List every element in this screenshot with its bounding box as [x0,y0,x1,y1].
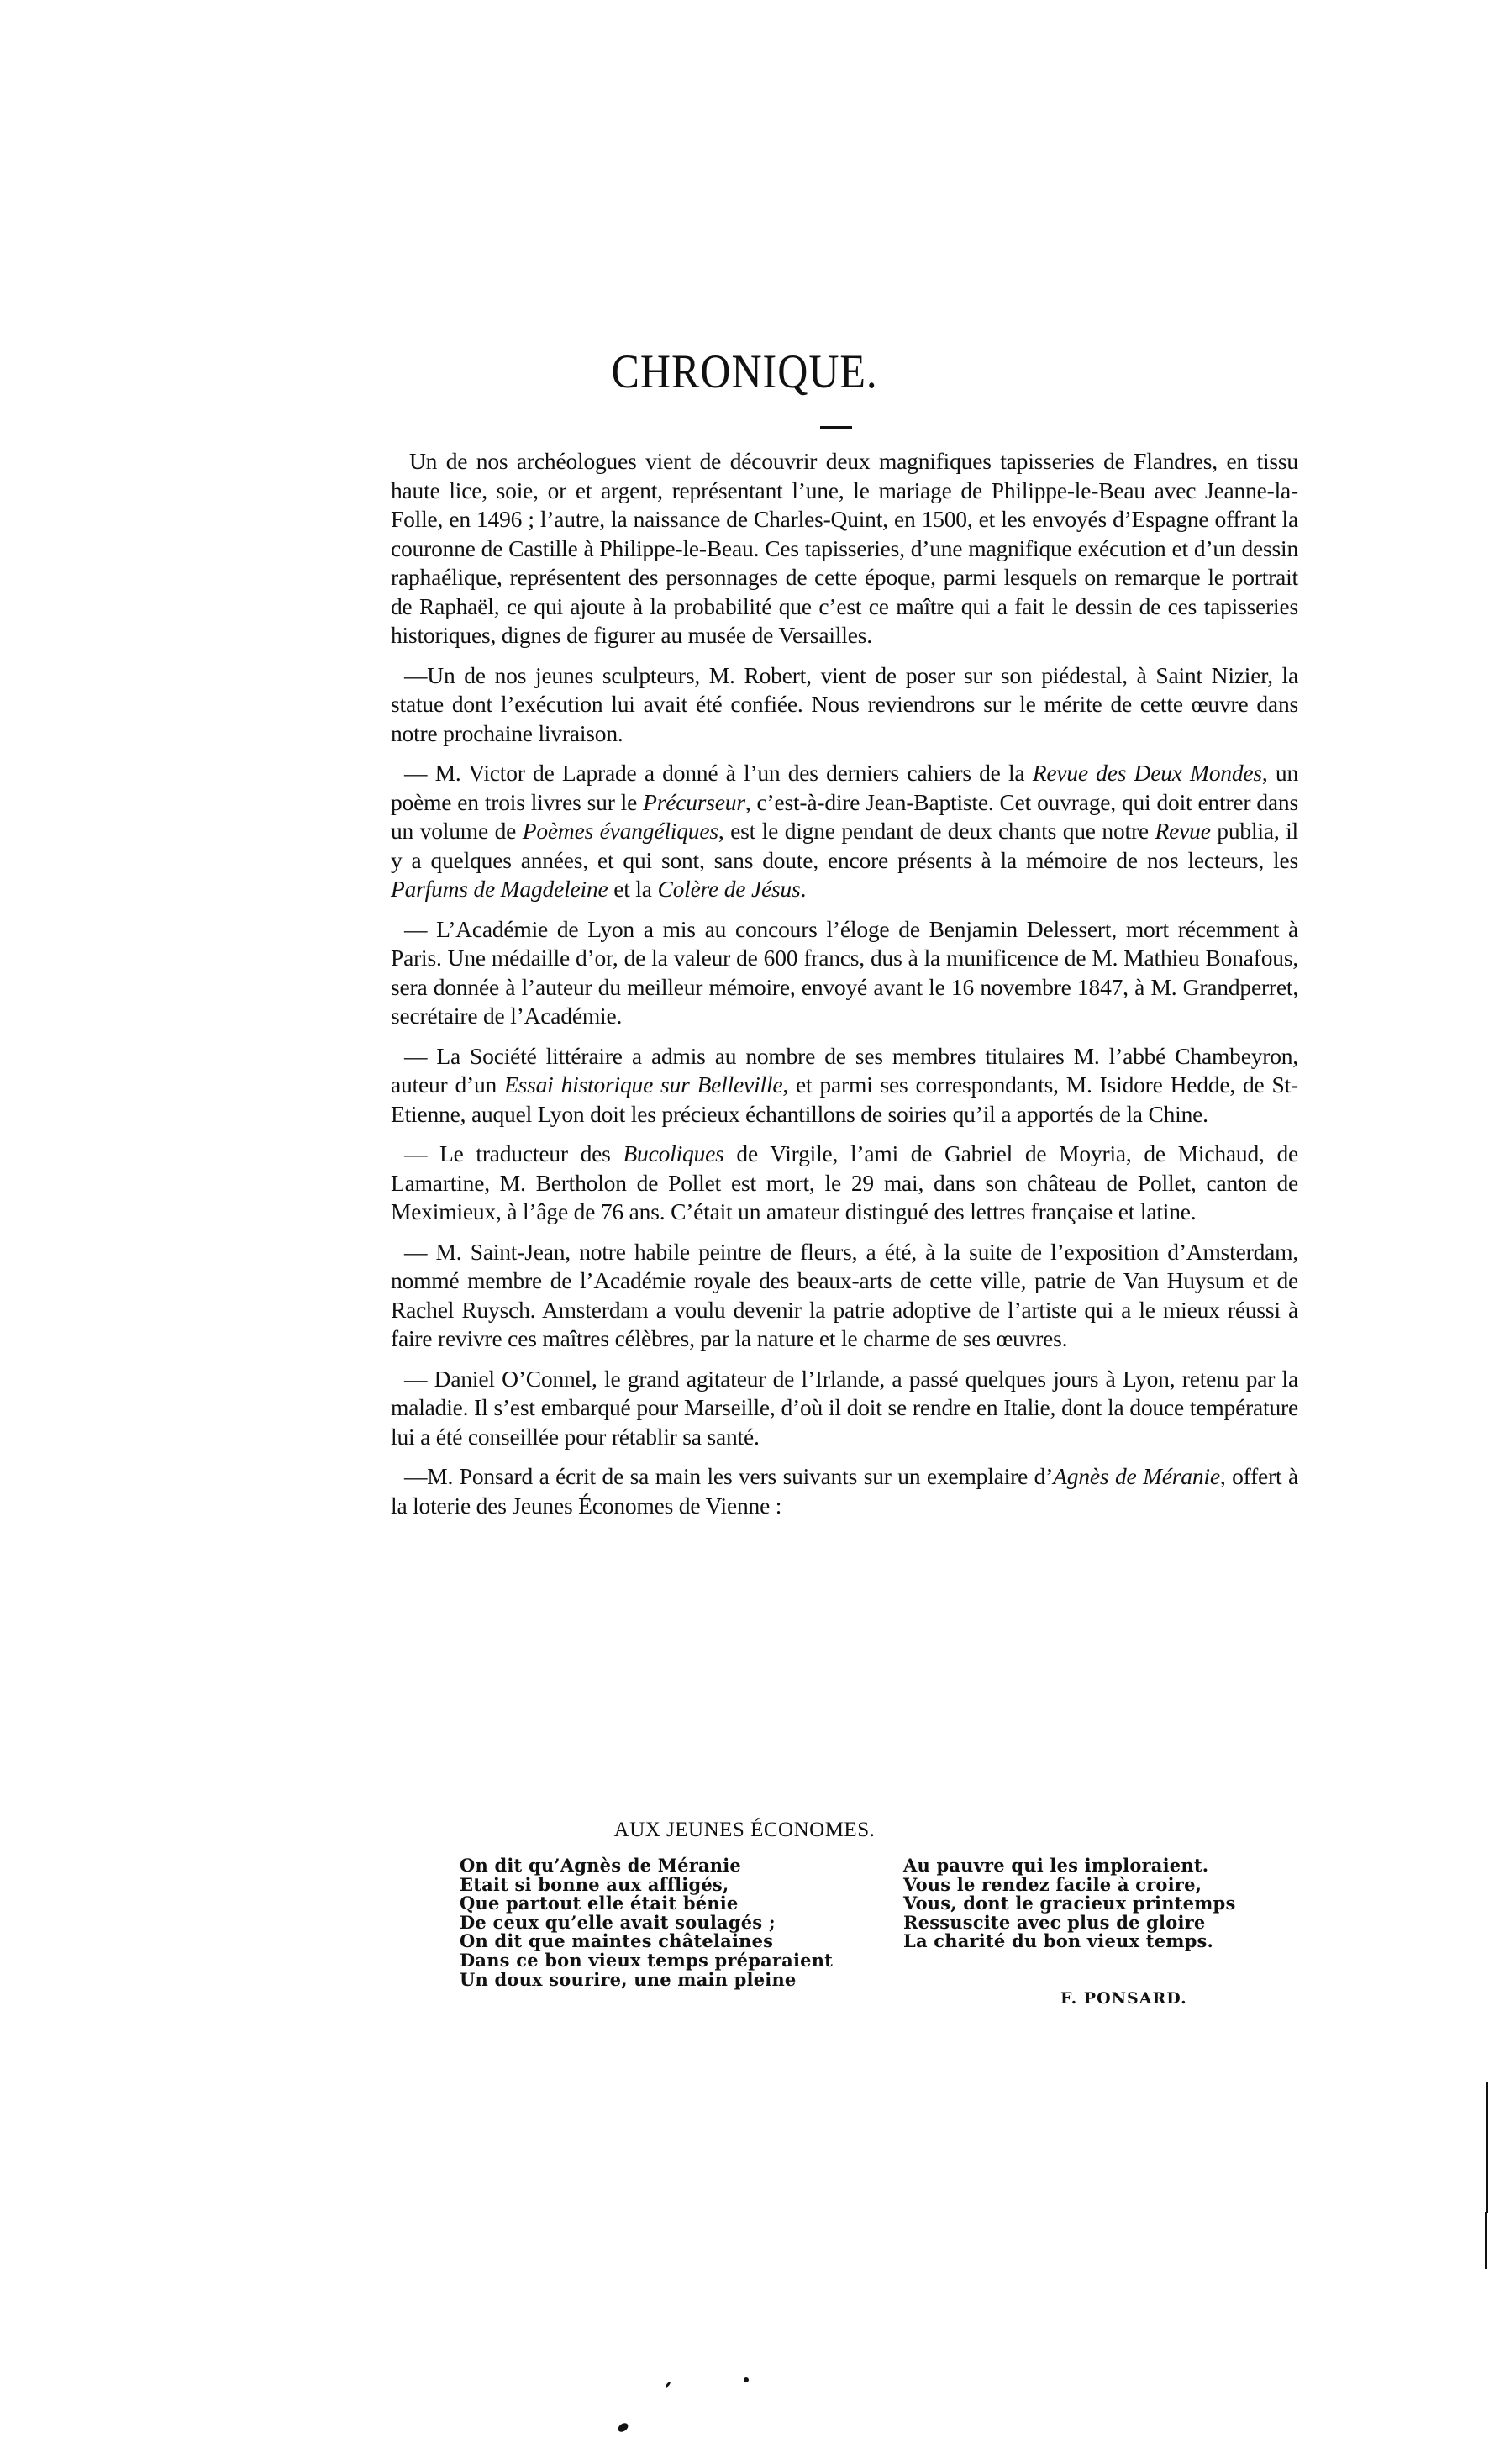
paragraph-bertholon: — Le traducteur des Bucoliques de Virgil… [391,1140,1298,1227]
poem-line: Dans ce bon vieux temps préparaient [460,1951,833,1971]
paragraph-academie: — L’Académie de Lyon a mis au concours l… [391,915,1298,1031]
poem-column-right: Au pauvre qui les imploraient. Vous le r… [903,1856,1235,1951]
ink-speck [744,2377,749,2382]
article-body: Un de nos archéologues vient de découvri… [391,447,1298,1531]
poem-line: Au pauvre qui les imploraient. [903,1856,1235,1876]
ink-speck [665,2381,671,2388]
poem-column-left: On dit qu’Agnès de Méranie Etait si bonn… [460,1856,833,1989]
ink-speck [617,2421,630,2434]
poem-line: Etait si bonne aux affligés, [460,1876,833,1895]
paragraph-tapestries: Un de nos archéologues vient de découvri… [391,447,1298,650]
poem-line: Que partout elle était bénie [460,1894,833,1914]
page-edge-mark [1486,2082,1488,2213]
paragraph-sculptor: —Un de nos jeunes sculpteurs, M. Robert,… [391,661,1298,749]
poem-line: La charité du bon vieux temps. [903,1932,1235,1951]
paragraph-saint-jean: — M. Saint-Jean, notre habile peintre de… [391,1238,1298,1354]
poem-line: Vous, dont le gracieux printemps [903,1894,1235,1914]
poem-line: De ceux qu’elle avait soulagés ; [460,1914,833,1933]
paragraph-laprade: — M. Victor de Laprade a donné à l’un de… [391,759,1298,904]
poem-line: Un doux sourire, une main pleine [460,1971,833,1990]
page-title: CHRONIQUE. [0,343,1489,399]
poem-title: AUX JEUNES ÉCONOMES. [0,1819,1489,1842]
poem-line: Ressuscite avec plus de gloire [903,1914,1235,1933]
title-divider [820,426,852,429]
paragraph-societe: — La Société littéraire a admis au nombr… [391,1042,1298,1129]
page-edge-mark [1485,2212,1487,2269]
poem-line: On dit que maintes châtelaines [460,1932,833,1951]
poem-line: Vous le rendez facile à croire, [903,1876,1235,1895]
poem-line: On dit qu’Agnès de Méranie [460,1856,833,1876]
paragraph-oconnel: — Daniel O’Connel, le grand agitateur de… [391,1365,1298,1452]
poem-signature: F. PONSARD. [1060,1989,1187,2008]
paragraph-ponsard: —M. Ponsard a écrit de sa main les vers … [391,1462,1298,1520]
